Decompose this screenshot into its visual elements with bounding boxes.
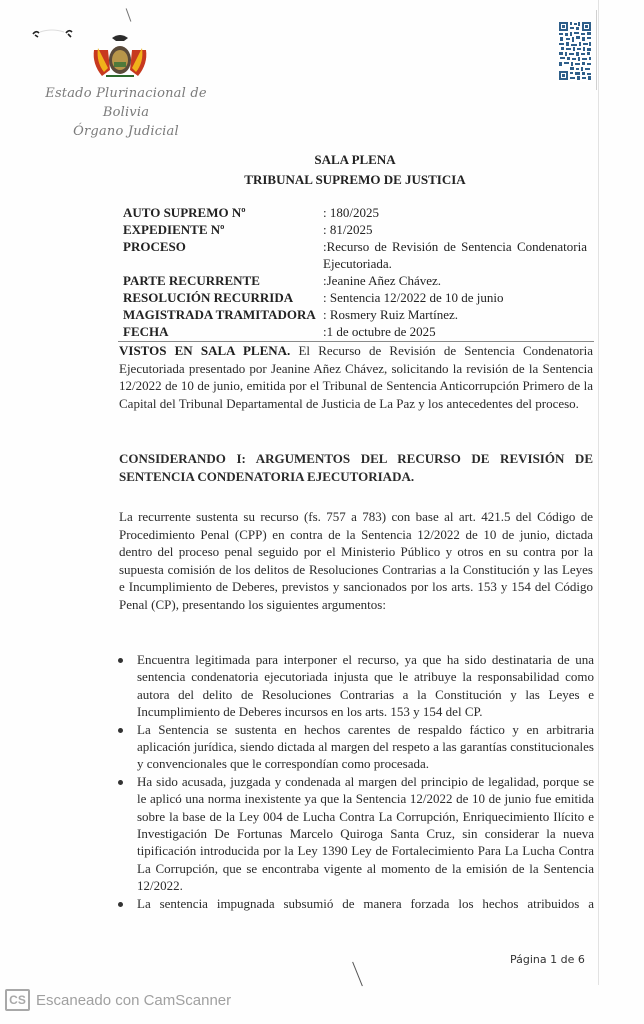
argument-item: Ha sido acusada, juzgada y condenada al … — [118, 773, 594, 895]
document-page: Estado Plurinacional de Bolivia Órgano J… — [0, 0, 644, 1024]
meta-row-proceso: PROCESO :Recurso de Revisión de Sentenci… — [123, 238, 587, 272]
title-tribunal: TRIBUNAL SUPREMO DE JUSTICIA — [110, 170, 600, 190]
meta-value: :Recurso de Revisión de Sentencia Conden… — [323, 238, 587, 272]
bullet-icon — [118, 902, 123, 907]
arguments-list: Encuentra legitimada para interponer el … — [118, 651, 594, 912]
meta-label: AUTO SUPREMO Nº — [123, 204, 323, 221]
document-title: SALA PLENA TRIBUNAL SUPREMO DE JUSTICIA — [110, 150, 600, 190]
qr-fold-line — [596, 10, 597, 90]
meta-value: :1 de octubre de 2025 — [323, 323, 587, 340]
argument-item: La Sentencia se sustenta en hechos caren… — [118, 721, 594, 773]
meta-row-resolucion-recurrida: RESOLUCIÓN RECURRIDA : Sentencia 12/2022… — [123, 289, 587, 306]
argument-text: Encuentra legitimada para interponer el … — [137, 652, 594, 719]
arguments-intro-paragraph: La recurrente sustenta su recurso (fs. 7… — [119, 508, 593, 614]
bullet-icon — [118, 658, 123, 663]
meta-label: PROCESO — [123, 238, 323, 272]
case-metadata: AUTO SUPREMO Nº : 180/2025 EXPEDIENTE Nº… — [123, 204, 587, 340]
meta-value: : Sentencia 12/2022 de 10 de junio — [323, 289, 587, 306]
vistos-paragraph: VISTOS EN SALA PLENA. El Recurso de Revi… — [119, 342, 593, 412]
meta-label: RESOLUCIÓN RECURRIDA — [123, 289, 323, 306]
bullet-icon — [118, 780, 123, 785]
meta-label: PARTE RECURRENTE — [123, 272, 323, 289]
meta-value: : 180/2025 — [323, 204, 587, 221]
bullet-icon — [118, 728, 123, 733]
meta-value: :Jeanine Añez Chávez. — [323, 272, 587, 289]
page-edge-line — [598, 0, 599, 985]
camscanner-watermark: CS Escaneado con CamScanner — [5, 989, 231, 1011]
meta-value: : Rosmery Ruiz Martínez. — [323, 306, 587, 323]
meta-row-parte-recurrente: PARTE RECURRENTE :Jeanine Añez Chávez. — [123, 272, 587, 289]
institution-line-state: Estado Plurinacional de Bolivia — [36, 84, 216, 122]
argument-text: Ha sido acusada, juzgada y condenada al … — [137, 774, 594, 893]
meta-row-magistrada: MAGISTRADA TRAMITADORA : Rosmery Ruiz Ma… — [123, 306, 587, 323]
considerando-heading: CONSIDERANDO I: ARGUMENTOS DEL RECURSO D… — [119, 450, 593, 486]
meta-label: MAGISTRADA TRAMITADORA — [123, 306, 323, 323]
meta-value: : 81/2025 — [323, 221, 587, 238]
qr-code-icon — [558, 20, 592, 82]
camscanner-logo-icon: CS — [5, 989, 30, 1011]
meta-label: FECHA — [123, 323, 323, 340]
camscanner-text: Escaneado con CamScanner — [36, 992, 231, 1009]
scan-scratch-mark — [352, 962, 363, 986]
argument-item: La sentencia impugnada subsumió de maner… — [118, 895, 594, 912]
institution-name: Estado Plurinacional de Bolivia Órgano J… — [36, 84, 216, 141]
vistos-lead: VISTOS EN SALA PLENA. — [119, 343, 290, 358]
institution-line-organ: Órgano Judicial — [36, 122, 216, 141]
meta-row-fecha: FECHA :1 de octubre de 2025 — [123, 323, 587, 340]
title-sala-plena: SALA PLENA — [110, 150, 600, 170]
scan-scratch-mark — [126, 8, 132, 21]
meta-row-expediente: EXPEDIENTE Nº : 81/2025 — [123, 221, 587, 238]
page-number: Página 1 de 6 — [510, 953, 585, 966]
argument-text: La sentencia impugnada subsumió de maner… — [137, 896, 594, 911]
meta-label: EXPEDIENTE Nº — [123, 221, 323, 238]
argument-item: Encuentra legitimada para interponer el … — [118, 651, 594, 721]
argument-text: La Sentencia se sustenta en hechos caren… — [137, 722, 594, 772]
birds-icon — [30, 26, 90, 40]
meta-row-auto-supremo: AUTO SUPREMO Nº : 180/2025 — [123, 204, 587, 221]
coat-of-arms-icon — [88, 32, 152, 82]
